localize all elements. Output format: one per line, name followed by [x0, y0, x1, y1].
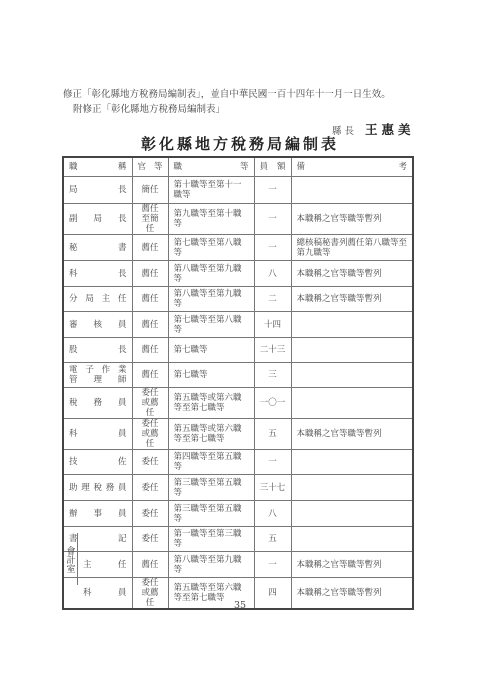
cell-note: 本職稱之官等職等暫列	[291, 261, 413, 287]
table-row: 稅務員委任或薦任第五職等或第六職等至第七職等一〇一	[63, 388, 413, 419]
header-rank: 官等	[132, 157, 168, 177]
cell-title: 稅務員	[63, 388, 132, 419]
cell-grade: 第一職等至第三職等	[168, 527, 254, 552]
cell-grade: 第八職等至第九職等	[168, 552, 254, 578]
cell-grade: 第五職等或第六職等至第七職等	[168, 388, 254, 419]
cell-note: 本職稱之官等職等暫列	[291, 419, 413, 450]
table-row: 技佐委任第四職等至第五職等一	[63, 450, 413, 475]
table-row: 局長簡任第十職等至第十一職等一	[63, 177, 413, 204]
cell-quota: 十四	[254, 312, 291, 338]
cell-grade: 第四職等至第五職等	[168, 450, 254, 475]
cell-note: 本職稱之官等職等暫列	[291, 204, 413, 235]
cell-rank: 委任	[132, 527, 168, 552]
cell-rank: 委任或薦任	[132, 419, 168, 450]
table-row: 助理稅務員委任第三職等至第五職等三十七	[63, 475, 413, 501]
preamble-line-1: 修正「彰化縣地方稅務局編制表」，並自中華民國一百十四年十一月一日生效。	[63, 86, 391, 100]
table-row: 辦事員委任第三職等至第五職等八	[63, 501, 413, 527]
cell-note	[291, 475, 413, 501]
cell-rank: 委任或薦任	[132, 388, 168, 419]
cell-title: 科員	[63, 419, 132, 450]
page-number: 35	[0, 600, 480, 611]
cell-rank: 薦任	[132, 261, 168, 287]
cell-grade: 第七職等至第八職等	[168, 312, 254, 338]
header-title: 職稱	[63, 157, 132, 177]
cell-grade: 第八職等至第九職等	[168, 287, 254, 312]
cell-quota: 三十七	[254, 475, 291, 501]
cell-quota: 一〇一	[254, 388, 291, 419]
cell-note	[291, 388, 413, 419]
cell-rank: 薦任	[132, 287, 168, 312]
cell-quota: 一	[254, 235, 291, 261]
cell-note	[291, 501, 413, 527]
cell-title: 股長	[63, 338, 132, 363]
cell-grade: 第十職等至第十一職等	[168, 177, 254, 204]
cell-title: 副局長	[63, 204, 132, 235]
header-quota: 員額	[254, 157, 291, 177]
cell-rank: 委任	[132, 501, 168, 527]
cell-title: 助理稅務員	[63, 475, 132, 501]
cell-note	[291, 527, 413, 552]
table-row: 副局長薦任至簡任第九職等至第十職等一本職稱之官等職等暫列	[63, 204, 413, 235]
table-header-row: 職稱 官等 職等 員額 備考	[63, 157, 413, 177]
table-row-accounting: 主任薦任第八職等至第九職等一本職稱之官等職等暫列	[63, 552, 413, 578]
cell-quota: 一	[254, 177, 291, 204]
header-grade: 職等	[168, 157, 254, 177]
cell-note	[291, 363, 413, 388]
cell-rank: 簡任	[132, 177, 168, 204]
cell-quota: 五	[254, 419, 291, 450]
cell-note	[291, 450, 413, 475]
cell-quota: 一	[254, 204, 291, 235]
cell-grade: 第九職等至第十職等	[168, 204, 254, 235]
cell-grade: 第三職等至第五職等	[168, 475, 254, 501]
document-title: 彰化縣地方稅務局編制表	[0, 133, 480, 154]
cell-grade: 第七職等	[168, 338, 254, 363]
cell-rank: 薦任至簡任	[132, 204, 168, 235]
cell-quota: 八	[254, 261, 291, 287]
table-row: 科員委任或薦任第五職等或第六職等至第七職等五本職稱之官等職等暫列	[63, 419, 413, 450]
cell-rank: 委任	[132, 450, 168, 475]
cell-note	[291, 338, 413, 363]
cell-quota: 二十三	[254, 338, 291, 363]
cell-grade: 第七職等	[168, 363, 254, 388]
cell-grade: 第八職等至第九職等	[168, 261, 254, 287]
cell-title: 科長	[63, 261, 132, 287]
cell-title: 技佐	[63, 450, 132, 475]
table-row: 審核員薦任第七職等至第八職等十四	[63, 312, 413, 338]
cell-title: 局長	[63, 177, 132, 204]
cell-quota: 八	[254, 501, 291, 527]
cell-quota: 三	[254, 363, 291, 388]
cell-grade: 第五職等或第六職等至第七職等	[168, 419, 254, 450]
table-row: 分局主任薦任第八職等至第九職等二本職稱之官等職等暫列	[63, 287, 413, 312]
cell-title: 分局主任	[63, 287, 132, 312]
table-row: 電子作業管理師薦任第七職等三	[63, 363, 413, 388]
preamble-line-2: 附修正「彰化縣地方稅務局編制表」	[73, 101, 225, 115]
cell-note	[291, 312, 413, 338]
cell-rank: 委任	[132, 475, 168, 501]
cell-quota: 五	[254, 527, 291, 552]
cell-title: 辦事員	[63, 501, 132, 527]
cell-title: 審核員	[63, 312, 132, 338]
cell-rank: 薦任	[132, 235, 168, 261]
cell-rank: 薦任	[132, 552, 168, 578]
cell-note: 本職稱之官等職等暫列	[291, 287, 413, 312]
header-note: 備考	[291, 157, 413, 177]
table-row: 股長薦任第七職等二十三	[63, 338, 413, 363]
cell-quota: 一	[254, 552, 291, 578]
cell-grade: 第七職等至第八職等	[168, 235, 254, 261]
cell-title: 電子作業管理師	[63, 363, 132, 388]
cell-note	[291, 177, 413, 204]
dept-accounting: 會計室	[62, 533, 78, 585]
table-row: 秘書薦任第七職等至第八職等一總核稿秘書列薦任第八職等至第九職等	[63, 235, 413, 261]
cell-grade: 第三職等至第五職等	[168, 501, 254, 527]
cell-quota: 二	[254, 287, 291, 312]
cell-rank: 薦任	[132, 338, 168, 363]
cell-note: 本職稱之官等職等暫列	[291, 552, 413, 578]
cell-quota: 一	[254, 450, 291, 475]
cell-rank: 薦任	[132, 312, 168, 338]
cell-note: 總核稿秘書列薦任第八職等至第九職等	[291, 235, 413, 261]
staffing-table: 職稱 官等 職等 員額 備考 局長簡任第十職等至第十一職等一副局長薦任至簡任第九…	[62, 156, 414, 610]
table-row: 書記委任第一職等至第三職等五	[63, 527, 413, 552]
cell-title: 秘書	[63, 235, 132, 261]
table-row: 科長薦任第八職等至第九職等八本職稱之官等職等暫列	[63, 261, 413, 287]
cell-rank: 薦任	[132, 363, 168, 388]
